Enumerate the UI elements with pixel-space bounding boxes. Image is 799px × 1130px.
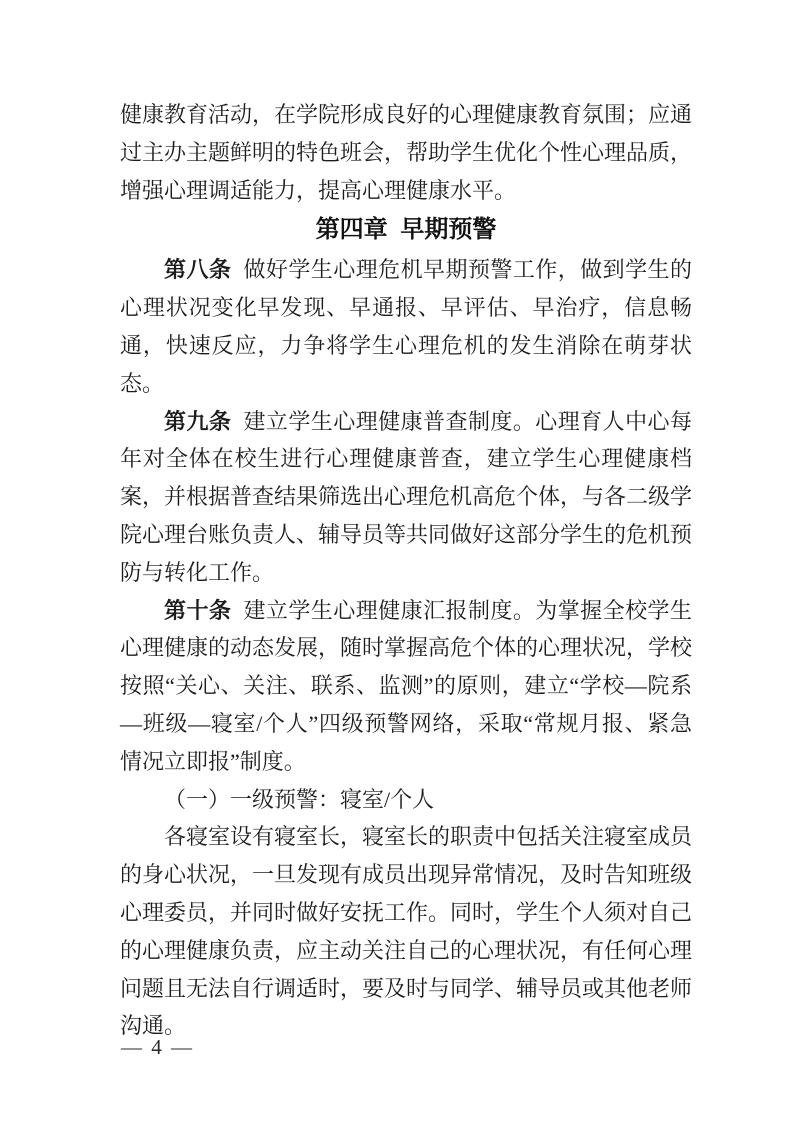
- sub-heading-level-1-warning: （一）一级预警：寝室/个人: [120, 781, 692, 819]
- chapter-heading: 第四章 早期预警: [120, 211, 692, 249]
- article-10-text: 建立学生心理健康汇报制度。为掌握全校学生心理健康的动态发展，随时掌握高危个体的心…: [120, 598, 692, 774]
- article-10-paragraph: 第十条建立学生心理健康汇报制度。为掌握全校学生心理健康的动态发展，随时掌握高危个…: [120, 592, 692, 781]
- article-9-text: 建立学生心理健康普查制度。心理育人中心每年对全体在校生进行心理健康普查，建立学生…: [120, 409, 692, 585]
- paragraph-dorm-warning-body: 各寝室设有寝室长，寝室长的职责中包括关注寝室成员的身心状况，一旦发现有成员出现异…: [120, 818, 692, 1045]
- article-9-paragraph: 第九条建立学生心理健康普查制度。心理育人中心每年对全体在校生进行心理健康普查，建…: [120, 403, 692, 592]
- paragraph-continuation: 健康教育活动，在学院形成良好的心理健康教育氛围；应通过主办主题鲜明的特色班会，帮…: [120, 96, 692, 209]
- page-number: — 4 —: [121, 1034, 194, 1060]
- article-9-lead: 第九条: [164, 409, 231, 434]
- article-10-lead: 第十条: [164, 598, 231, 623]
- page-content: 健康教育活动，在学院形成良好的心理健康教育氛围；应通过主办主题鲜明的特色班会，帮…: [120, 96, 692, 1045]
- article-8-paragraph: 第八条做好学生心理危机早期预警工作，做到学生的心理状况变化早发现、早通报、早评估…: [120, 251, 692, 402]
- document-page: 健康教育活动，在学院形成良好的心理健康教育氛围；应通过主办主题鲜明的特色班会，帮…: [0, 0, 799, 1130]
- article-8-lead: 第八条: [164, 257, 231, 282]
